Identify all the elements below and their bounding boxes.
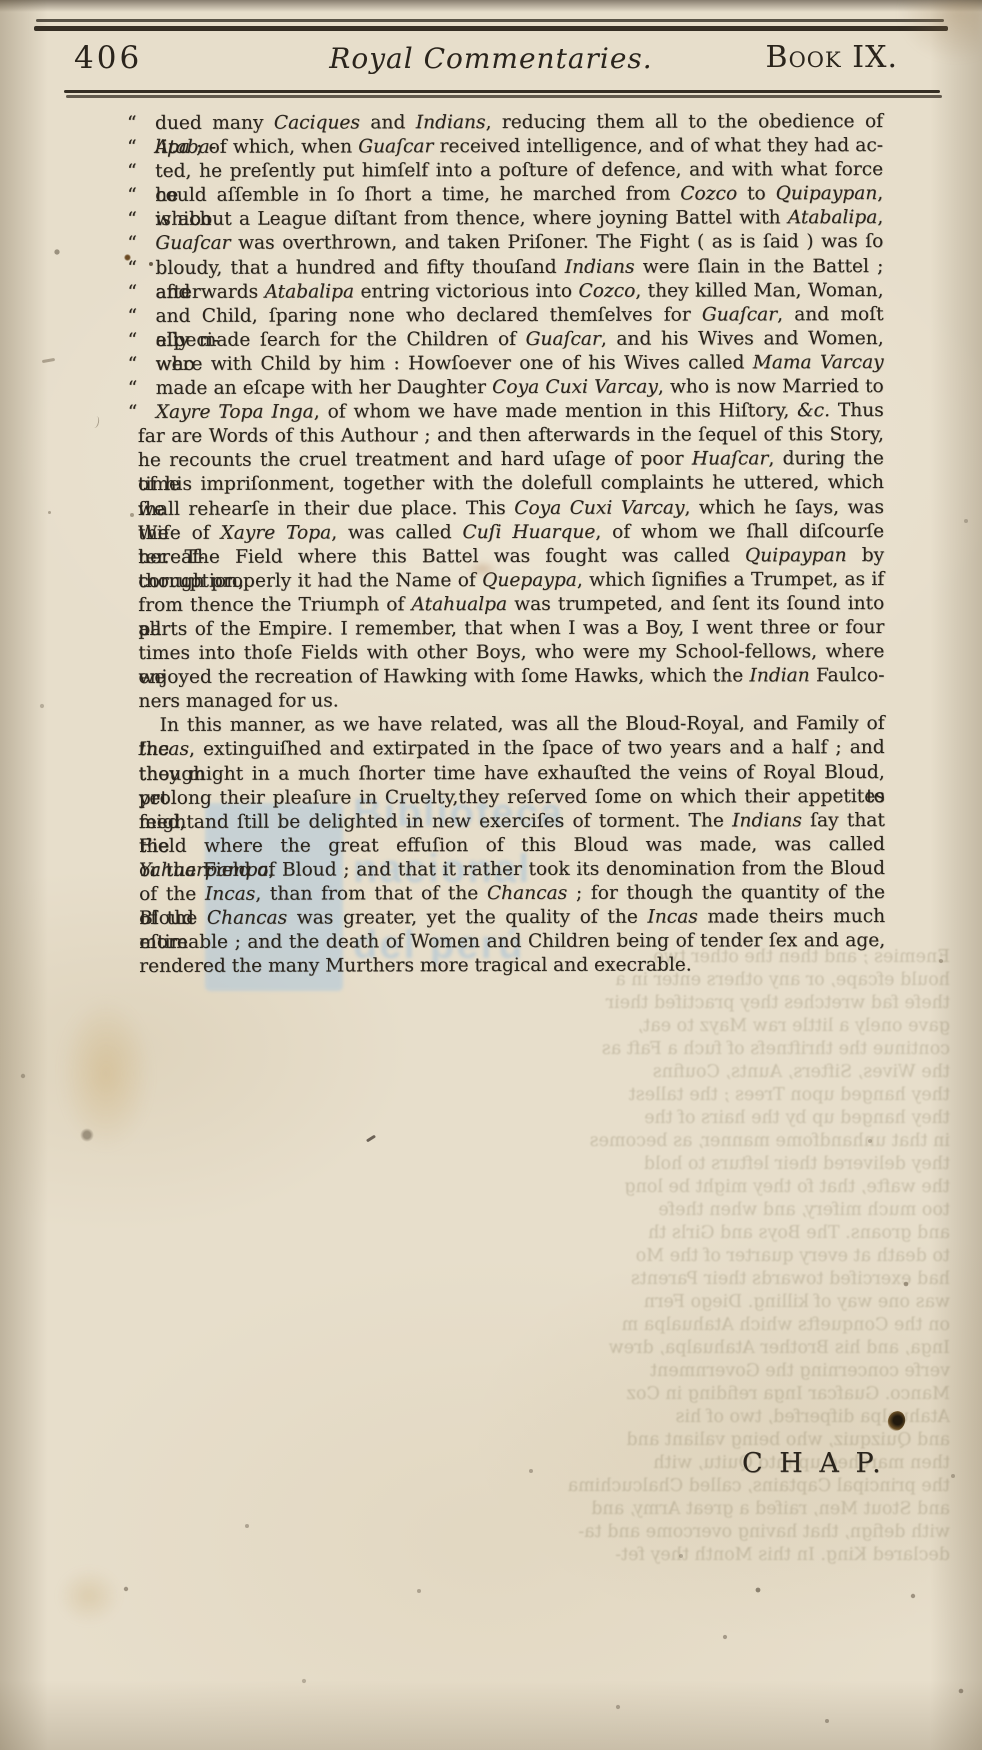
quotation-mark: “ xyxy=(127,232,137,256)
text-segment: bloudy, that a hundred and fifty thouſan… xyxy=(155,256,564,278)
text-segment: , of whom we have made mention in this H… xyxy=(314,400,797,422)
text-segment: or the Field of Bloud ; and that it rath… xyxy=(139,858,885,881)
text-segment: enjoyed the recreation of Hawking with ſ… xyxy=(138,666,749,689)
italic-text-segment: Cuſi Huarque xyxy=(462,521,595,542)
bleedthrough-line: they delivered their lefturs to hold xyxy=(158,1153,950,1176)
margin-pen-mark xyxy=(91,415,100,428)
text-line: from thence the Triumph of Atahualpa was… xyxy=(138,592,884,618)
text-segment: afterwards xyxy=(155,281,264,302)
text-segment: of the xyxy=(139,884,205,905)
italic-text-segment: lipa xyxy=(155,137,190,158)
text-segment: and Child, ſparing none who declared the… xyxy=(156,304,702,326)
top-rule-thin xyxy=(36,19,944,22)
text-segment: , was called xyxy=(331,522,462,543)
closing-paragraph: In this manner, as we have related, was … xyxy=(139,712,886,979)
italic-text-segment: Atabalipa xyxy=(788,207,878,228)
header-rule xyxy=(64,90,940,93)
text-line: or the Field of Bloud ; and that it rath… xyxy=(139,857,885,883)
quoted-account-paragraph: “dued many Caciques and Indians, reducin… xyxy=(137,110,885,714)
text-line: “is about a League diſtant from thence, … xyxy=(137,206,883,232)
text-segment: were with Child by him : Howſoever one o… xyxy=(156,352,753,375)
text-segment: ners managed for us. xyxy=(139,691,339,713)
italic-text-segment: Incas xyxy=(647,907,697,928)
margin-smudge xyxy=(80,1128,94,1142)
bleedthrough-line: with defign, that having overcome and ta… xyxy=(158,1521,950,1544)
italic-text-segment: Incas xyxy=(205,884,255,905)
text-segment: entring victorious into xyxy=(354,280,578,302)
text-line: “Guaſcar was overthrown, and taken Priſo… xyxy=(137,230,883,256)
text-line: ter. The Field where this Battel was fou… xyxy=(138,544,884,570)
italic-text-segment: Cozco xyxy=(578,280,635,301)
italic-text-segment: Xayre Topa Inga xyxy=(156,402,314,423)
italic-text-segment: Caciques xyxy=(274,112,360,133)
italic-text-segment: Mama Varcay xyxy=(753,352,884,373)
bleedthrough-line: too much mifery, and when thefe xyxy=(158,1199,950,1222)
text-segment: rendered the many Murthers more tragical… xyxy=(139,955,692,977)
italic-text-segment: Chancas xyxy=(487,883,567,904)
italic-text-segment: &c. xyxy=(797,400,830,421)
text-line: though properly it had the Name of Quepa… xyxy=(138,568,884,594)
italic-text-segment: Chancas xyxy=(207,908,287,929)
quotation-mark: “ xyxy=(127,281,137,305)
bleedthrough-line: and groans. The Boys and Girls th xyxy=(158,1222,950,1245)
text-line: eſtimable ; and the death of Women and C… xyxy=(139,929,885,955)
italic-text-segment: Xayre Topa xyxy=(220,522,331,543)
text-segment: , who is now Married to xyxy=(658,376,884,398)
bleedthrough-line: had exercifed towards their Parents xyxy=(158,1268,950,1291)
italic-text-segment: Atabalipa xyxy=(265,281,355,302)
italic-text-segment: Guaſcar xyxy=(155,233,230,254)
bleedthrough-line: thefe fad wretches they practifed their xyxy=(158,992,950,1015)
italic-text-segment: Guaſcar xyxy=(702,304,777,325)
quotation-mark: “ xyxy=(127,257,137,281)
text-line: “lipa ; of which, when Guaſcar received … xyxy=(137,134,883,160)
text-line: of his impriſonment, together with the d… xyxy=(138,471,884,497)
text-line: enjoyed the recreation of Hawking with ſ… xyxy=(138,664,884,690)
bleedthrough-line: Atahualpa difperfed, two of his xyxy=(158,1406,950,1429)
bleedthrough-line: and Stout Men, raifed a great Army, and xyxy=(158,1498,950,1521)
text-line: he recounts the cruel treatment and hard… xyxy=(138,447,884,473)
bleedthrough-line: to death at every quarter of the Mo xyxy=(158,1245,950,1268)
quotation-mark: “ xyxy=(128,401,138,425)
text-segment: is about a League diſtant from thence, w… xyxy=(155,208,788,231)
text-line: “could aſſemble in ſo ſhort a time, he m… xyxy=(137,182,883,208)
text-segment: made an eſcape with her Daughter xyxy=(156,377,492,399)
text-segment: Thus xyxy=(830,400,884,421)
text-line: In this manner, as we have related, was … xyxy=(139,712,885,738)
bleedthrough-line: they hanged up by the hairs of the xyxy=(158,1107,950,1130)
text-segment: parts of the Empire. I remember, that wh… xyxy=(138,617,884,640)
text-segment: received intelligence, and of what they … xyxy=(433,135,883,157)
quotation-mark: “ xyxy=(128,377,138,401)
text-segment: feed, and ſtill be delighted in new exer… xyxy=(139,810,732,833)
quotation-mark: “ xyxy=(128,353,138,377)
top-rule-thick xyxy=(34,26,948,31)
italic-text-segment: Guaſcar xyxy=(526,329,601,350)
bleedthrough-line: the Wives, Sifters, Aunts, Coufins xyxy=(158,1061,950,1084)
book-label: Book IX. xyxy=(766,40,898,75)
quotation-mark: “ xyxy=(127,160,137,184)
quotation-mark: “ xyxy=(127,184,137,208)
text-line: Incas, extinguiſhed and extirpated in th… xyxy=(139,736,885,762)
text-line: Field where the great effuſion of this B… xyxy=(139,833,885,859)
italic-text-segment: Cozco xyxy=(680,184,737,205)
text-segment: though properly it had the Name of xyxy=(138,570,482,592)
italic-text-segment: Coya Cuxi Varcay xyxy=(514,497,684,518)
text-line: “ally made ſearch for the Children of Gu… xyxy=(138,327,884,353)
italic-text-segment: Incas xyxy=(139,739,189,760)
text-line: “and Child, ſparing none who declared th… xyxy=(138,303,884,329)
text-segment: , they killed Man, Woman, xyxy=(635,280,883,302)
italic-text-segment: Indians xyxy=(416,112,486,133)
quotation-mark: “ xyxy=(127,112,137,136)
margin-ink-dot xyxy=(48,511,51,514)
quotation-mark: “ xyxy=(127,208,137,232)
bleedthrough-line: gave onely a little raw Mayz to eat, xyxy=(158,1015,950,1038)
text-line: ſhall rehearſe in their due place. This … xyxy=(138,496,884,522)
text-segment: Faulco- xyxy=(810,665,885,686)
italic-text-segment: Coya Cuxi Varcay xyxy=(492,377,658,398)
margin-dash-mark xyxy=(42,358,55,363)
text-line: times into thoſe Fields with other Boys,… xyxy=(138,640,884,666)
text-segment: , xyxy=(877,207,883,228)
text-segment: he recounts the cruel treatment and hard… xyxy=(138,449,692,471)
text-segment: ſhall rehearſe in their due place. This xyxy=(138,497,514,519)
italic-text-segment: Guaſcar xyxy=(358,136,433,157)
book-page-scan: Biblioteca nacional del perú Enemies ; a… xyxy=(0,0,982,1750)
text-line: “ted, he preſently put himſelf into a po… xyxy=(137,158,883,184)
text-segment: was overthrown, and taken Priſoner. The … xyxy=(231,231,884,254)
ink-speck-mark xyxy=(366,1135,376,1143)
text-line: feed, and ſtill be delighted in new exer… xyxy=(139,809,885,835)
text-line: Wife of Xayre Topa, was called Cuſi Huar… xyxy=(138,520,884,546)
italic-text-segment: Quepaypa xyxy=(482,570,577,591)
text-line: “made an eſcape with her Daughter Coya C… xyxy=(138,375,884,401)
text-segment: Wife of xyxy=(138,522,220,543)
text-line: of the Incas, than from that of the Chan… xyxy=(139,881,885,907)
text-line: “Xayre Topa Inga, of whom we have made m… xyxy=(138,399,884,425)
bleedthrough-line: continue the thriftnefs of fuch a Faft a… xyxy=(158,1038,950,1061)
italic-text-segment: Huaſcar xyxy=(692,449,769,470)
text-block: “dued many Caciques and Indians, reducin… xyxy=(137,110,885,979)
text-segment: ally made ſearch for the Children of xyxy=(156,329,526,351)
text-segment: ter. The Field where this Battel was fou… xyxy=(138,545,745,568)
bleedthrough-line: verfe concerning the Government xyxy=(158,1360,950,1383)
text-segment: was greater, yet the quality of the xyxy=(287,907,647,929)
text-line: “afterwards Atabalipa entring victorious… xyxy=(137,279,883,305)
text-segment: to xyxy=(737,184,776,205)
text-segment: of the xyxy=(139,908,207,929)
ink-blot xyxy=(885,1409,908,1434)
header-rule xyxy=(66,95,942,98)
bleedthrough-line: Inga, and his Brother Atahualpa, drew xyxy=(158,1337,950,1360)
yellow-stain xyxy=(60,998,152,1150)
italic-text-segment: Quipaypan xyxy=(776,183,878,204)
quotation-mark: “ xyxy=(128,305,138,329)
text-line: rendered the many Murthers more tragical… xyxy=(139,953,885,979)
text-segment: ; of which, when xyxy=(190,136,358,157)
text-segment: eſtimable ; and the death of Women and C… xyxy=(139,930,885,953)
text-segment: , reducing them all to the obedience of xyxy=(486,111,884,133)
text-line: ners managed for us. xyxy=(139,688,885,714)
paper-speckles xyxy=(0,0,2,2)
bleedthrough-line: on the Conquefts which Atahualpa m xyxy=(158,1314,950,1337)
italic-text-segment: Quipaypan xyxy=(745,545,847,566)
text-line: far are Words of this Authour ; and then… xyxy=(138,423,884,449)
yellow-stain xyxy=(58,1568,120,1624)
text-segment: from thence the Triumph of xyxy=(138,594,411,616)
italic-text-segment: Indians xyxy=(732,810,802,831)
italic-text-segment: Indians xyxy=(565,256,635,277)
text-segment: and xyxy=(360,112,416,133)
bleedthrough-line: in that unhandfome manner, as becomes xyxy=(158,1130,950,1153)
text-line: of the Chancas was greater, yet the qual… xyxy=(139,905,885,931)
bleedthrough-line: they hanged upon Trees ; the tallest xyxy=(158,1084,950,1107)
catchword: C H A P. xyxy=(742,1448,885,1479)
text-segment: far are Words of this Authour ; and then… xyxy=(138,424,884,447)
text-segment: , than from that of the xyxy=(255,883,487,905)
text-line: they might in a much ſhorter time have e… xyxy=(139,761,885,787)
italic-text-segment: Indian xyxy=(749,665,809,686)
text-line: “dued many Caciques and Indians, reducin… xyxy=(137,110,883,136)
text-line: “were with Child by him : Howſoever one … xyxy=(138,351,884,377)
text-segment: Field where the great effuſion of this B… xyxy=(139,834,885,857)
italic-text-segment: Atahualpa xyxy=(411,594,507,615)
quotation-mark: “ xyxy=(127,136,137,160)
bleedthrough-line: Manco. Guafcar Inga refiding in Coz xyxy=(158,1383,950,1406)
margin-ink-dot xyxy=(130,513,134,517)
bleedthrough-line: declared King. In this Month they fet- xyxy=(158,1544,950,1567)
text-segment: could aſſemble in ſo ſhort a time, he ma… xyxy=(155,184,680,206)
text-line: prolong their pleaſure in Cruelty,they r… xyxy=(139,785,885,811)
text-segment: , which ſignifies a Trumpet, as if xyxy=(577,569,884,591)
quotation-mark: “ xyxy=(128,329,138,353)
bleedthrough-line: the wafte, that fo they might be long xyxy=(158,1176,950,1199)
text-line: “bloudy, that a hundred and fifty thouſa… xyxy=(137,255,883,281)
bleedthrough-line: was one way of killing. Diego Fern xyxy=(158,1291,950,1314)
text-segment: dued many xyxy=(155,113,274,134)
text-line: parts of the Empire. I remember, that wh… xyxy=(138,616,884,642)
